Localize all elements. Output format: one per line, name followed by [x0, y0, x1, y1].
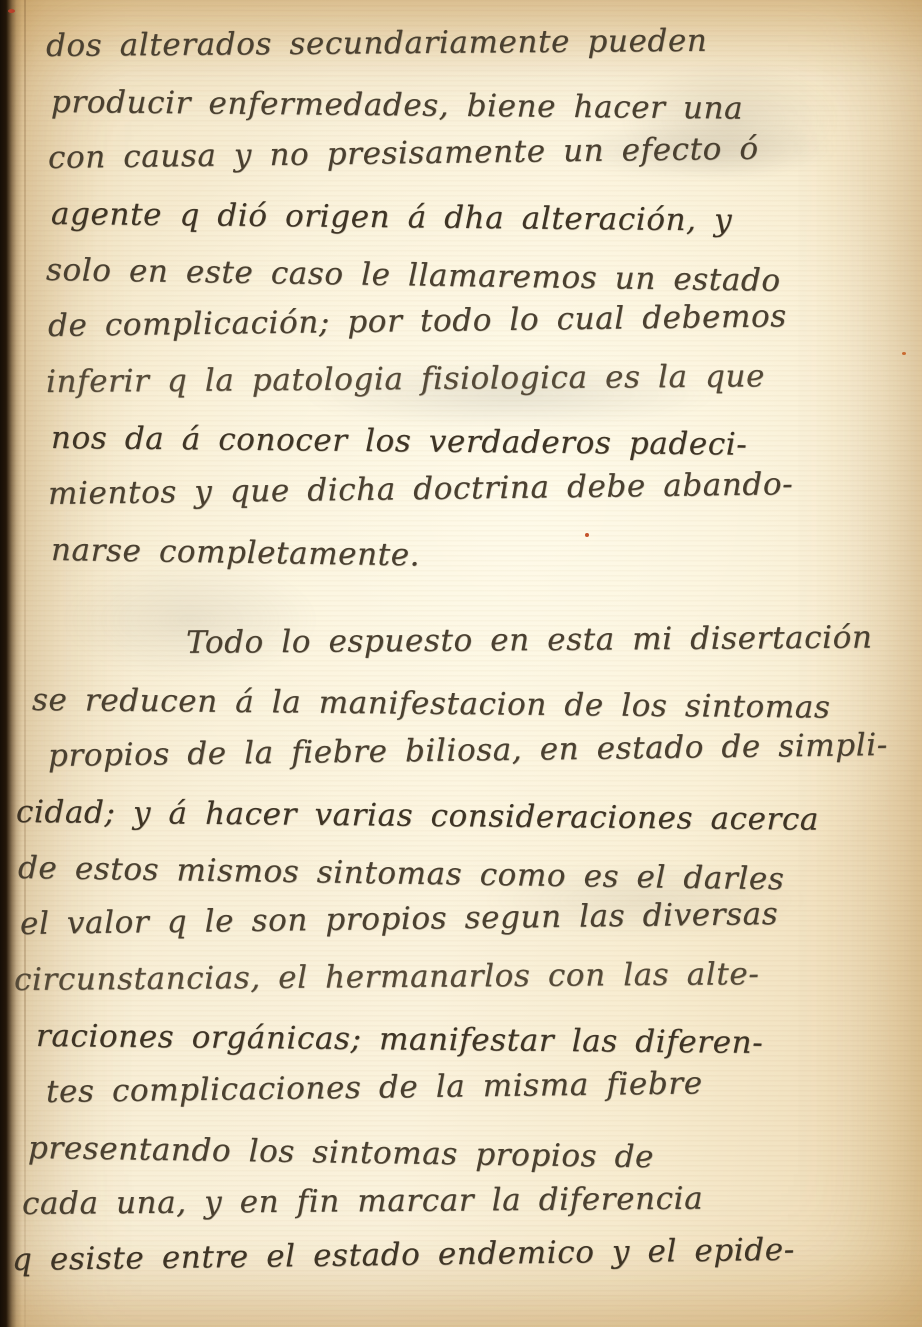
handwritten-line: propios de la fiebre biliosa, en estado … [48, 717, 907, 784]
manuscript-scan: dos alterados secundariamente pueden pro… [0, 0, 922, 1327]
handwritten-line: mientos y que dicha doctrina debe abando… [48, 455, 907, 522]
handwritten-line: inferir q la patologia fisiologica es la… [46, 347, 906, 410]
foxing-speck [8, 9, 15, 13]
handwritten-line: agente q dió origen á dha alteración, y [51, 186, 906, 250]
handwritten-line: circunstancias, el hermanarlos con las a… [14, 945, 906, 1008]
handwritten-line: de complicación; por todo lo cual debemo… [48, 287, 907, 354]
paragraph-1: dos alterados secundariamente pueden pro… [46, 18, 906, 578]
book-binding-edge [0, 0, 22, 1327]
handwritten-line: narse completamente. [51, 522, 907, 591]
paragraph-2: Todo lo espuesto en esta mi disertación … [46, 616, 906, 1288]
handwritten-line: cidad; y á hacer varias consideraciones … [16, 784, 906, 849]
handwritten-line: Todo lo espuesto en esta mi disertación [46, 609, 906, 672]
handwritten-line: dos alterados secundariamente pueden [46, 11, 906, 74]
handwritten-line: q esiste entre el estado endemico y el e… [12, 1220, 907, 1288]
handwritten-line: con causa y no presisamente un efecto ó [48, 119, 907, 186]
handwritten-text-block: dos alterados secundariamente pueden pro… [46, 18, 906, 1288]
handwritten-line: el valor q le son propios segun las dive… [20, 884, 907, 952]
handwritten-line: tes complicaciones de la misma fiebre [46, 1053, 907, 1120]
page-crease [24, 0, 26, 1327]
